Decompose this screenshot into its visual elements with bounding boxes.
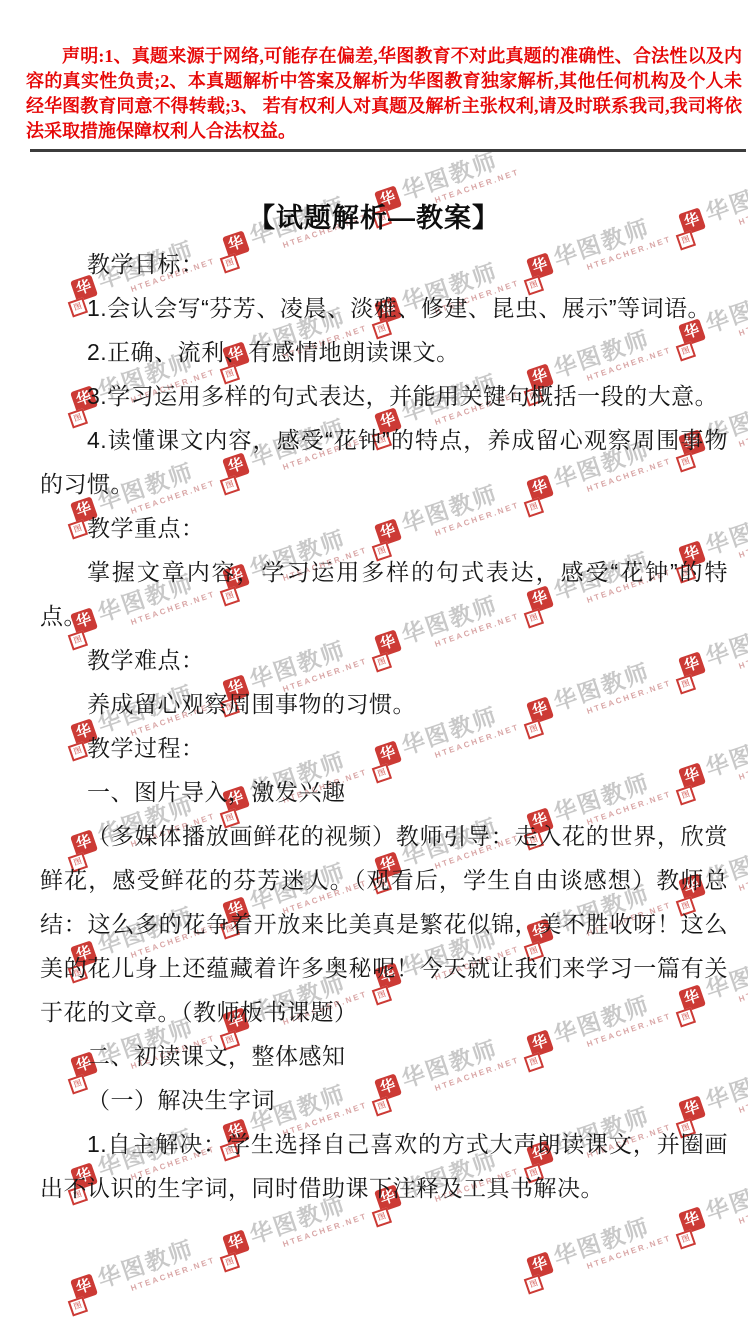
paragraph: 2.正确、流利、有感情地朗读课文。 [40, 330, 728, 374]
paragraph: 4.读懂课文内容，感受“花钟”的特点，养成留心观察周围事物的习惯。 [40, 418, 728, 506]
huatu-logo-small-glyph: 图 [524, 1274, 544, 1294]
huatu-logo-main-glyph: 华 [526, 1251, 554, 1279]
huatu-logo-icon: 华图 [518, 1251, 559, 1294]
watermark-site-text: HTEACHER.NET [282, 1212, 369, 1249]
lesson-plan-body: 教学目标：1.会认会写“芬芳、凌晨、淡雅、修建、昆虫、展示”等词语。2.正确、流… [0, 241, 748, 1210]
paragraph: 掌握文章内容，学习运用多样的句式表达，感受“花钟”的特点。 [40, 550, 728, 638]
paragraph: 教学目标： [40, 242, 728, 286]
paragraph: 教学难点： [40, 638, 728, 682]
huatu-logo-main-glyph: 华 [678, 1206, 706, 1234]
document-page: 华图华图教师HTEACHER.NET华图华图教师HTEACHER.NET华图华图… [0, 0, 748, 1335]
huatu-logo-small-glyph: 图 [372, 1207, 392, 1227]
huatu-logo-main-glyph: 华 [222, 1229, 250, 1257]
divider-line [30, 149, 746, 152]
watermark-tile: 华图华图教师HTEACHER.NET [517, 1210, 674, 1295]
watermark-brand-text: 华图教师 [551, 1210, 669, 1270]
paragraph: 3.学习运用多样的句式表达，并能用关键句概括一段的大意。 [40, 374, 728, 418]
disclaimer: 声明:1、真题来源于网络,可能存在偏差,华图教育不对此真题的准确性、合法性以及内… [0, 0, 748, 144]
disclaimer-text: 1、真题来源于网络,可能存在偏差,华图教育不对此真题的准确性、合法性以及内容的真… [26, 46, 742, 141]
page-title: 【试题解析—教案】 [0, 196, 748, 241]
paragraph: 一、图片导入，激发兴趣 [40, 770, 728, 814]
watermark-brand-text: 华图教师 [95, 1232, 213, 1292]
watermark-site-text: HTEACHER.NET [586, 1234, 673, 1271]
huatu-logo-icon: 华图 [62, 1273, 103, 1316]
huatu-logo-small-glyph: 图 [220, 1252, 240, 1272]
huatu-logo-main-glyph: 华 [70, 1273, 98, 1301]
paragraph: 二、初读课文，整体感知 [40, 1034, 728, 1078]
huatu-logo-icon: 华图 [670, 1206, 711, 1249]
watermark-tile: 华图华图教师HTEACHER.NET [61, 1232, 218, 1317]
paragraph: 教学重点： [40, 506, 728, 550]
paragraph: 养成留心观察周围事物的习惯。 [40, 682, 728, 726]
document-content: 声明:1、真题来源于网络,可能存在偏差,华图教育不对此真题的准确性、合法性以及内… [0, 0, 748, 1210]
huatu-logo-small-glyph: 图 [68, 1296, 88, 1316]
disclaimer-lead: 声明: [62, 46, 104, 66]
paragraph: 教学过程： [40, 726, 728, 770]
paragraph: 1.自主解决：学生选择自己喜欢的方式大声朗读课文，并圈画出不认识的生字词，同时借… [40, 1122, 728, 1210]
paragraph: 1.会认会写“芬芳、凌晨、淡雅、修建、昆虫、展示”等词语。 [40, 286, 728, 330]
huatu-logo-icon: 华图 [214, 1229, 255, 1272]
paragraph: （一）解决生字词 [40, 1078, 728, 1122]
watermark-site-text: HTEACHER.NET [130, 1256, 217, 1293]
paragraph: （多媒体播放画鲜花的视频）教师引导：走入花的世界，欣赏鲜花，感受鲜花的芬芳迷人。… [40, 814, 728, 1034]
huatu-logo-small-glyph: 图 [676, 1229, 696, 1249]
